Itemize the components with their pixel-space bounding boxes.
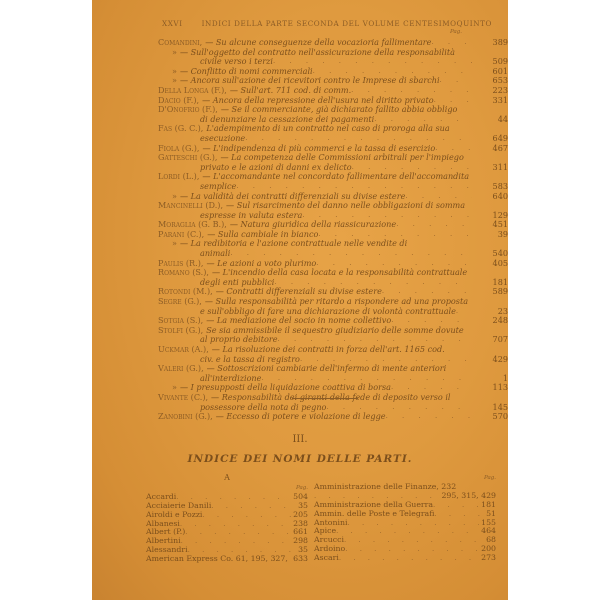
entry-author: Vivante (C.), bbox=[158, 393, 208, 403]
leader-dots: . . . . . . . . . . . . . . . . . . . . … bbox=[440, 76, 472, 86]
entry-title: civ. e la tassa di registro bbox=[200, 355, 300, 365]
entry-line: Comandini,— Su alcune conseguenze della … bbox=[158, 38, 508, 48]
party-name: Ascari bbox=[314, 554, 339, 563]
leader-dots bbox=[450, 124, 472, 134]
section-number: III. bbox=[92, 434, 508, 445]
entry-title: L'adempimento di un contratto nel caso d… bbox=[206, 124, 449, 134]
entry-author: Fas (G. C.), bbox=[158, 124, 203, 134]
entry-line: privato e le azioni di danni ex delicto … bbox=[158, 163, 508, 173]
entry-line: »— I presupposti della liquidazione coat… bbox=[158, 383, 508, 393]
leader-dots: . . . . . . . . . . . . . . . . . . . . … bbox=[456, 307, 472, 317]
index-entry: Uckmar (A.),— La risoluzione dei contrat… bbox=[158, 345, 508, 364]
leader-dots: . . . . . . . . . . . . . . . . . . . . … bbox=[386, 412, 472, 422]
entry-title: possessore della nota di pegno bbox=[200, 403, 326, 413]
leader-dots: . . . . . . . . . . . . . . . . . . . . … bbox=[236, 182, 472, 192]
leader-dots: . . . . . . . . . . . . . . . . . . . . bbox=[348, 519, 480, 528]
entry-title: — Sulla cambiale in bianco bbox=[207, 230, 318, 240]
entry-line: animali . . . . . . . . . . . . . . . . … bbox=[158, 249, 508, 259]
entry-line: Uckmar (A.),— La risoluzione dei contrat… bbox=[158, 345, 508, 355]
entry-title: — La competenza delle Commissioni arbitr… bbox=[220, 153, 463, 163]
index-entry: Vivante (C.),— Responsabilità dei girant… bbox=[158, 393, 508, 412]
leader-dots: . . . . . . . . . . . . . . . . . . . . … bbox=[230, 249, 472, 259]
leader-dots: . . . . . . . . . . . . . . . . . . . . bbox=[202, 511, 291, 520]
entry-page: 248 bbox=[472, 316, 508, 326]
index-entry: Della Longa (F.),— Sull'art. 711 cod. di… bbox=[158, 86, 508, 96]
entry-line: Stolfi (G.),Se sia ammissibile il seques… bbox=[158, 326, 508, 336]
leader-dots: . . . . . . . . . . . . . . . . . . . . … bbox=[352, 163, 472, 173]
index-letter: A bbox=[146, 474, 308, 483]
entry-page: 389 bbox=[472, 38, 508, 48]
entry-title: animali bbox=[200, 249, 230, 259]
leader-dots bbox=[445, 345, 472, 355]
index-entry: »— I presupposti della liquidazione coat… bbox=[158, 383, 508, 393]
entry-title: semplice bbox=[200, 182, 236, 192]
entry-page: 113 bbox=[472, 383, 508, 393]
entry-line: D'Onofrio (F.),— Se il commerciante, già… bbox=[158, 105, 508, 115]
entry-page: 311 bbox=[472, 163, 508, 173]
entry-author: Segre (G.), bbox=[158, 297, 202, 307]
leader-dots: . . . . . . . . . . . . . . . . . . . . … bbox=[434, 96, 472, 106]
index-entry: Zanobini (G.),— Eccesso di potere e viol… bbox=[158, 412, 508, 422]
entry-title: al proprio debitore bbox=[200, 335, 278, 345]
entry-author: Gatteschi (G.), bbox=[158, 153, 217, 163]
entry-line: »— Sull'oggetto del contratto nell'assic… bbox=[158, 48, 508, 58]
leader-dots: . . . . . . . . . . . . . . . . . . . . … bbox=[435, 144, 472, 154]
leader-dots: . . . . . . . . . . . . . . . . . . . . bbox=[180, 520, 291, 529]
leader-dots: . . . . . . . . . . . . . . . . . . . . … bbox=[391, 383, 472, 393]
index-entry: Segre (G.),— Sulla responsabilità per ri… bbox=[158, 297, 508, 316]
leader-dots bbox=[464, 153, 472, 163]
party-row: Ascari . . . . . . . . . . . . . . . . .… bbox=[314, 554, 496, 563]
entry-line: all'interdizione . . . . . . . . . . . .… bbox=[158, 374, 508, 384]
leader-dots: . . . . . . . . . . . . . . . . . . . . … bbox=[313, 67, 472, 77]
index-entry: D'Onofrio (F.),— Se il commerciante, già… bbox=[158, 105, 508, 124]
index-entry: »— Sull'oggetto del contratto nell'assic… bbox=[158, 48, 508, 67]
entry-line: »— La redibitoria e l'azione contrattual… bbox=[158, 239, 508, 249]
entry-page: 467 bbox=[472, 144, 508, 154]
entry-author: Mancinelli (D.), bbox=[158, 201, 223, 211]
entry-title: — L'indipendenza di più commerci e la ta… bbox=[202, 144, 435, 154]
entry-title: — La mediazione del socio in nome collet… bbox=[206, 316, 391, 326]
leader-dots bbox=[455, 48, 472, 58]
entry-title: — Sull'art. 711 cod. di comm. bbox=[230, 86, 351, 96]
entry-author: Lordi (L.), bbox=[158, 172, 199, 182]
leader-dots: . . . . . . . . . . . . . . . . . . . . … bbox=[273, 57, 472, 67]
entry-author: Zanobini (G.), bbox=[158, 412, 213, 422]
entry-title: — Su alcune conseguenze della vocazioria… bbox=[205, 38, 431, 48]
index-entry: Moraglia (G. B.),— Natura giuridica dell… bbox=[158, 220, 508, 230]
entry-page: 39 bbox=[472, 230, 508, 240]
leader-dots: . . . . . . . . . . . . . . . . . . . . … bbox=[316, 259, 472, 269]
entry-title: — Sull'oggetto del contratto nell'assicu… bbox=[180, 48, 455, 58]
entry-line: semplice . . . . . . . . . . . . . . . .… bbox=[158, 182, 508, 192]
index-entry: Comandini,— Su alcune conseguenze della … bbox=[158, 38, 508, 48]
entry-title: all'interdizione bbox=[200, 374, 261, 384]
party-row: Ardoino . . . . . . . . . . . . . . . . … bbox=[314, 545, 496, 554]
running-title: INDICI DELLA PARTE SECONDA DEL VOLUME CE… bbox=[202, 19, 492, 28]
index-entry: Parani (C.),— Sulla cambiale in bianco .… bbox=[158, 230, 508, 240]
entry-title: — Le azioni a voto plurimo bbox=[206, 259, 316, 269]
entry-line: civ. e la tassa di registro . . . . . . … bbox=[158, 355, 508, 365]
leader-dots: . . . . . . . . . . . . . . . . . . . . … bbox=[302, 211, 472, 221]
entry-page: 707 bbox=[472, 335, 508, 345]
index-entry: Fas (G. C.),L'adempimento di un contratt… bbox=[158, 124, 508, 143]
entry-title: — La redibitoria e l'azione contrattuale… bbox=[180, 239, 407, 249]
leader-dots: . . . . . . . . . . . . . . . . . . . . … bbox=[274, 278, 472, 288]
leader-dots: . . . . . . . . . . . . . . . . . . . . … bbox=[391, 316, 472, 326]
entry-title: e sull'obbligo di fare una dichiarazione… bbox=[200, 307, 456, 317]
entry-author: Stolfi (G.), bbox=[158, 326, 203, 336]
entry-page: 44 bbox=[472, 115, 508, 125]
leader-dots: . . . . . . . . . . . . . . . . . . . . bbox=[344, 536, 484, 545]
leader-dots: . . . . . . . . . . . . . . . . . . . . … bbox=[245, 134, 472, 144]
entry-line: »— Conflitto di nomi commerciali . . . .… bbox=[158, 67, 508, 77]
entry-line: Gatteschi (G.),— La competenza delle Com… bbox=[158, 153, 508, 163]
entry-title: — Eccesso di potere e violazione di legg… bbox=[216, 412, 386, 422]
party-page: 273 bbox=[479, 554, 496, 563]
entry-line: Fas (G. C.),L'adempimento di un contratt… bbox=[158, 124, 508, 134]
leader-dots bbox=[446, 364, 472, 374]
entry-line: Della Longa (F.),— Sull'art. 711 cod. di… bbox=[158, 86, 508, 96]
entry-title: — Conflitto di nomi commerciali bbox=[180, 67, 313, 77]
entry-line: Segre (G.),— Sulla responsabilità per ri… bbox=[158, 297, 508, 307]
leader-dots: . . . . . . . . . . . . . . . . . . . . … bbox=[261, 374, 472, 384]
index-entry: »— La redibitoria e l'azione contrattual… bbox=[158, 239, 508, 258]
section-title: INDICE DEI NOMI DELLE PARTI. bbox=[92, 453, 508, 465]
entry-title: — L'accomandante nel concordato fallimen… bbox=[202, 172, 469, 182]
entry-author: » bbox=[158, 239, 177, 249]
entry-title: privato e le azioni di danni ex delicto bbox=[200, 163, 352, 173]
party-row: Antonini . . . . . . . . . . . . . . . .… bbox=[314, 519, 496, 528]
leader-dots: . . . . . . . . . . . . . . . . . . . . … bbox=[351, 86, 472, 96]
leader-dots: . . . . . . . . . . . . . . . . . . . . bbox=[181, 537, 292, 546]
entry-page: 589 bbox=[472, 287, 508, 297]
party-name: American Express Co. 61, 195, 327, bbox=[146, 555, 288, 564]
leader-dots: . . . . . . . . . . . . . . . . . . . . … bbox=[278, 335, 472, 345]
page-folio: XXVI bbox=[162, 19, 183, 28]
leader-dots: . . . . . . . . . . . . . . . . . . . . … bbox=[318, 230, 472, 240]
section-divider bbox=[292, 398, 358, 399]
leader-dots: . . . . . . . . . . . . . . . . . . . . … bbox=[326, 403, 472, 413]
running-head: XXVI INDICI DELLA PARTE SECONDA DEL VOLU… bbox=[162, 19, 492, 28]
parties-column-left: A Pag. Accardi . . . . . . . . . . . . .… bbox=[146, 474, 308, 564]
index-entry: Rotondi (M.),— Contratti differenziali s… bbox=[158, 287, 508, 297]
index-entry: »— Conflitto di nomi commerciali . . . .… bbox=[158, 67, 508, 77]
entry-line: Zanobini (G.),— Eccesso di potere e viol… bbox=[158, 412, 508, 422]
party-page: 633 bbox=[291, 555, 308, 564]
entry-line: Moraglia (G. B.),— Natura giuridica dell… bbox=[158, 220, 508, 230]
entry-title: esecuzione bbox=[200, 134, 245, 144]
author-index: Comandini,— Su alcune conseguenze della … bbox=[158, 38, 508, 422]
leader-dots bbox=[451, 393, 472, 403]
pag-label: Pag. bbox=[450, 29, 462, 35]
entry-line: Paulis (R.),— Le azioni a voto plurimo .… bbox=[158, 259, 508, 269]
entry-title: — L'incendio della casa locata e la resp… bbox=[212, 268, 467, 278]
entry-author: D'Onofrio (F.), bbox=[158, 105, 218, 115]
entry-author: Romano (S.), bbox=[158, 268, 209, 278]
leader-dots bbox=[407, 239, 472, 249]
leader-dots: . . . . . . . . . . . . . . . . . . . . … bbox=[405, 192, 472, 202]
entry-line: e sull'obbligo di fare una dichiarazione… bbox=[158, 307, 508, 317]
leader-dots: . . . . . . . . . . . . . . . . . . . . bbox=[185, 528, 291, 537]
entry-title: — Natura giuridica della riassicurazione bbox=[230, 220, 396, 230]
entry-title: Se sia ammissibile il sequestro giudizia… bbox=[206, 326, 464, 336]
leader-dots bbox=[457, 105, 472, 115]
leader-dots: . . . . . . . . . . . . . . . . . . . . bbox=[434, 510, 484, 519]
entry-page: 429 bbox=[472, 355, 508, 365]
entry-line: Romano (S.),— L'incendio della casa loca… bbox=[158, 268, 508, 278]
entry-title: — Sul risarcimento del danno nelle obbli… bbox=[226, 201, 465, 211]
entry-author: Comandini, bbox=[158, 38, 202, 48]
leader-dots: . . . . . . . . . . . . . . . . . . . . bbox=[336, 527, 479, 536]
index-entry: Stolfi (G.),Se sia ammissibile il seques… bbox=[158, 326, 508, 345]
leader-dots: . . . . . . . . . . . . . . . . . . . . bbox=[345, 545, 479, 554]
entry-line: al proprio debitore . . . . . . . . . . … bbox=[158, 335, 508, 345]
entry-title: — La risoluzione dei contratti in forza … bbox=[212, 345, 445, 355]
entry-line: Valeri (G.),— Sottoscrizioni cambiarie d… bbox=[158, 364, 508, 374]
index-entry: Paulis (R.),— Le azioni a voto plurimo .… bbox=[158, 259, 508, 269]
leader-dots: . . . . . . . . . . . . . . . . . . . . … bbox=[300, 355, 472, 365]
entry-title: di denunziare la cessazione dei pagament… bbox=[200, 115, 374, 125]
index-entry: Romano (S.),— L'incendio della casa loca… bbox=[158, 268, 508, 287]
entry-line: Mancinelli (D.),— Sul risarcimento del d… bbox=[158, 201, 508, 211]
leader-dots: . . . . . . . . . . . . . . . . . . . . … bbox=[374, 115, 472, 125]
entry-line: civile verso i terzi . . . . . . . . . .… bbox=[158, 57, 508, 67]
entry-author: » bbox=[158, 48, 177, 58]
index-entry: Gatteschi (G.),— La competenza delle Com… bbox=[158, 153, 508, 172]
party-name: Amministrazione delle Finanze, 232 bbox=[314, 483, 456, 492]
leader-dots: . . . . . . . . . . . . . . . . . . . . … bbox=[431, 38, 472, 48]
entry-title: civile verso i terzi bbox=[200, 57, 273, 67]
index-entry: Sotgia (S.),— La mediazione del socio in… bbox=[158, 316, 508, 326]
entry-title: — Ancora della repressione dell'usura ne… bbox=[202, 96, 434, 106]
leader-dots bbox=[464, 326, 472, 336]
index-entry: Valeri (G.),— Sottoscrizioni cambiarie d… bbox=[158, 364, 508, 383]
entry-line: Sotgia (S.),— La mediazione del socio in… bbox=[158, 316, 508, 326]
entry-line: Lordi (L.),— L'accomandante nel concorda… bbox=[158, 172, 508, 182]
leader-dots: . . . . . . . . . . . . . . . . . . . . bbox=[433, 501, 479, 510]
parties-column-right: Pag. Amministrazione delle Finanze, 232 … bbox=[314, 474, 496, 563]
index-entry: Mancinelli (D.),— Sul risarcimento del d… bbox=[158, 201, 508, 220]
entry-author: Parani (C.), bbox=[158, 230, 204, 240]
index-entry: Lordi (L.),— L'accomandante nel concorda… bbox=[158, 172, 508, 191]
entry-title: — Se il commerciante, già dichiarato fal… bbox=[221, 105, 458, 115]
leader-dots: . . . . . . . . . . . . . . . . . . . . bbox=[339, 554, 479, 563]
entry-page: 405 bbox=[472, 259, 508, 269]
entry-author: Valeri (G.), bbox=[158, 364, 204, 374]
entry-title: — I presupposti della liquidazione coatt… bbox=[180, 383, 391, 393]
entry-page: 640 bbox=[472, 192, 508, 202]
entry-title: — Sottoscrizioni cambiarie dell'infermo … bbox=[207, 364, 447, 374]
entry-title: — Contratti differenziali su divise este… bbox=[216, 287, 382, 297]
entry-author: Uckmar (A.), bbox=[158, 345, 209, 355]
entry-line: esecuzione . . . . . . . . . . . . . . .… bbox=[158, 134, 508, 144]
entry-line: Rotondi (M.),— Contratti differenziali s… bbox=[158, 287, 508, 297]
leader-dots: . . . . . . . . . . . . . . . . . . . . bbox=[211, 502, 296, 511]
entry-line: Parani (C.),— Sulla cambiale in bianco .… bbox=[158, 230, 508, 240]
entry-line: di denunziare la cessazione dei pagament… bbox=[158, 115, 508, 125]
entry-page: 331 bbox=[472, 96, 508, 106]
leader-dots: . . . . . . . . . . . . . . . . . . . . … bbox=[382, 287, 472, 297]
entry-page: 570 bbox=[472, 412, 508, 422]
leader-dots bbox=[465, 201, 472, 211]
book-page: XXVI INDICI DELLA PARTE SECONDA DEL VOLU… bbox=[92, 0, 508, 600]
entry-title: — Sulla responsabilità per ritardo a ris… bbox=[205, 297, 468, 307]
leader-dots: . . . . . . . . . . . . . . . . . . . . … bbox=[396, 220, 472, 230]
party-row: American Express Co. 61, 195, 327, 633 bbox=[146, 555, 308, 564]
